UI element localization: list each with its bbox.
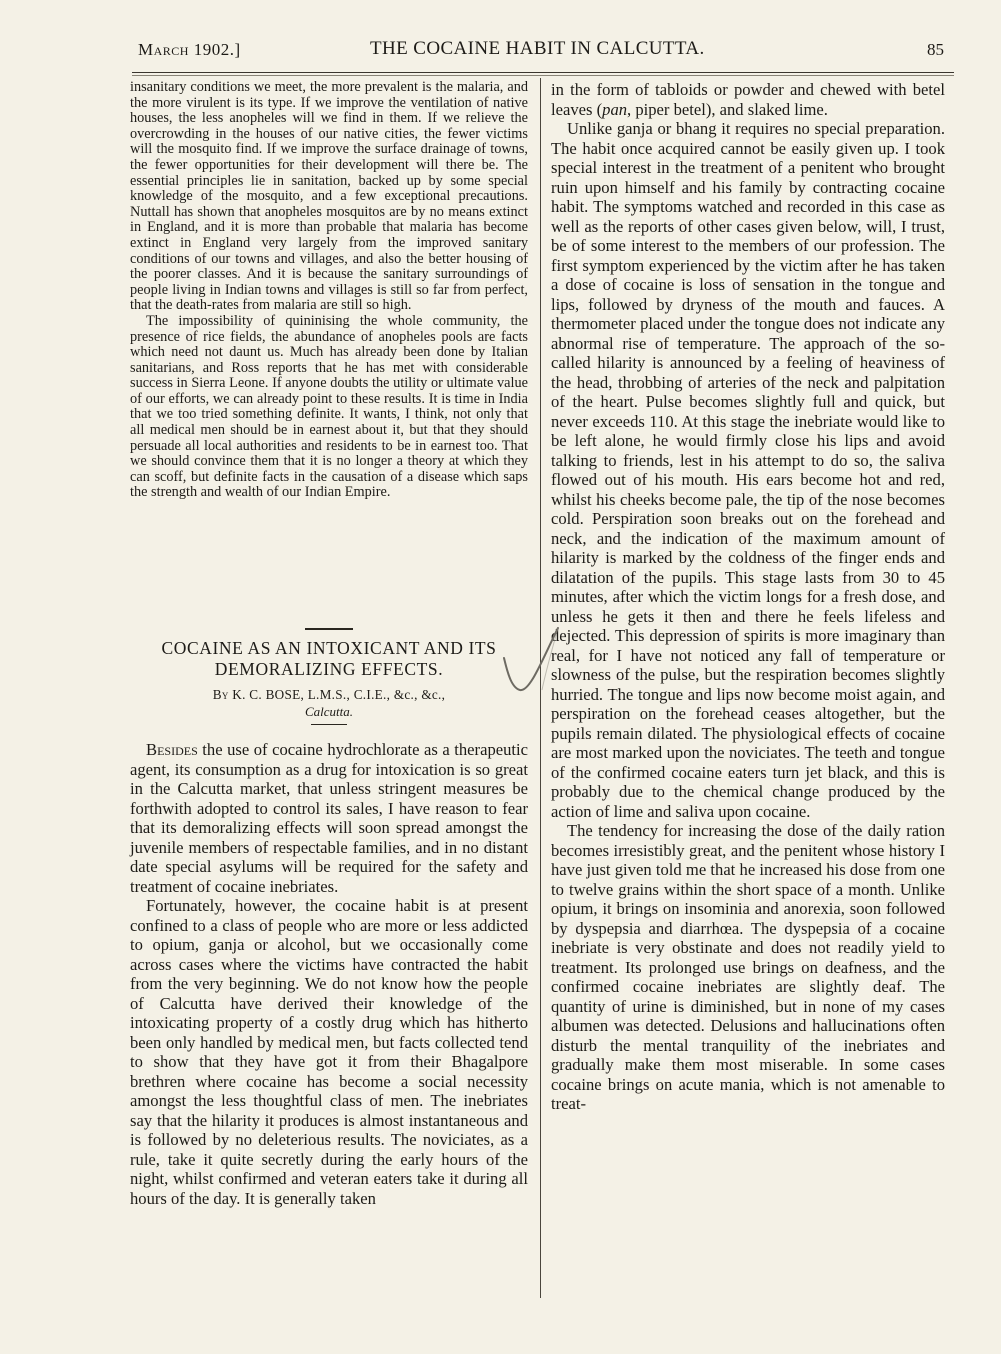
paragraph: Fortunately, however, the cocaine habit …	[130, 896, 528, 1208]
section-rule	[311, 724, 347, 725]
lead-word: Besides	[146, 740, 198, 759]
pen-check-mark-icon	[500, 620, 580, 720]
header-rule	[132, 72, 954, 73]
page-number: 85	[927, 40, 944, 60]
author: K. C. BOSE, L.M.S., C.I.E., &c., &c.,	[232, 687, 445, 702]
author-location: Calcutta.	[130, 703, 528, 720]
issue-date: March 1902.]	[138, 40, 241, 60]
italic-term: pan	[602, 100, 627, 119]
article-title: COCAINE AS AN INTOXICANT AND ITS DEMORAL…	[130, 638, 528, 680]
paragraph: Besides the use of cocaine hydrochlorate…	[130, 740, 528, 896]
paragraph: Unlike ganja or bhang it requires no spe…	[551, 119, 945, 821]
paragraph: The impossibility of quininising the who…	[130, 314, 528, 501]
running-head: March 1902.] THE COCAINE HABIT IN CALCUT…	[134, 38, 954, 66]
paragraph: The tendency for increasing the dose of …	[551, 821, 945, 1114]
text: , piper betel), and slaked lime.	[627, 100, 828, 119]
byline-prefix: By	[213, 687, 229, 702]
article-header: COCAINE AS AN INTOXICANT AND ITS DEMORAL…	[130, 628, 528, 725]
section-rule	[305, 628, 353, 630]
paragraph: insanitary conditions we meet, the more …	[130, 80, 528, 314]
paragraph-continuation: in the form of tabloids or powder and ch…	[551, 80, 945, 119]
journal-page: March 1902.] THE COCAINE HABIT IN CALCUT…	[0, 0, 1001, 1354]
running-title: THE COCAINE HABIT IN CALCUTTA.	[370, 38, 705, 60]
previous-article-continuation: insanitary conditions we meet, the more …	[130, 80, 528, 501]
paragraph-text: the use of cocaine hydrochlorate as a th…	[130, 740, 528, 896]
article-body-left: Besides the use of cocaine hydrochlorate…	[130, 740, 528, 1208]
byline: By K. C. BOSE, L.M.S., C.I.E., &c., &c.,	[130, 686, 528, 703]
header-rule-secondary	[132, 75, 954, 76]
article-body-right: in the form of tabloids or powder and ch…	[551, 80, 945, 1114]
